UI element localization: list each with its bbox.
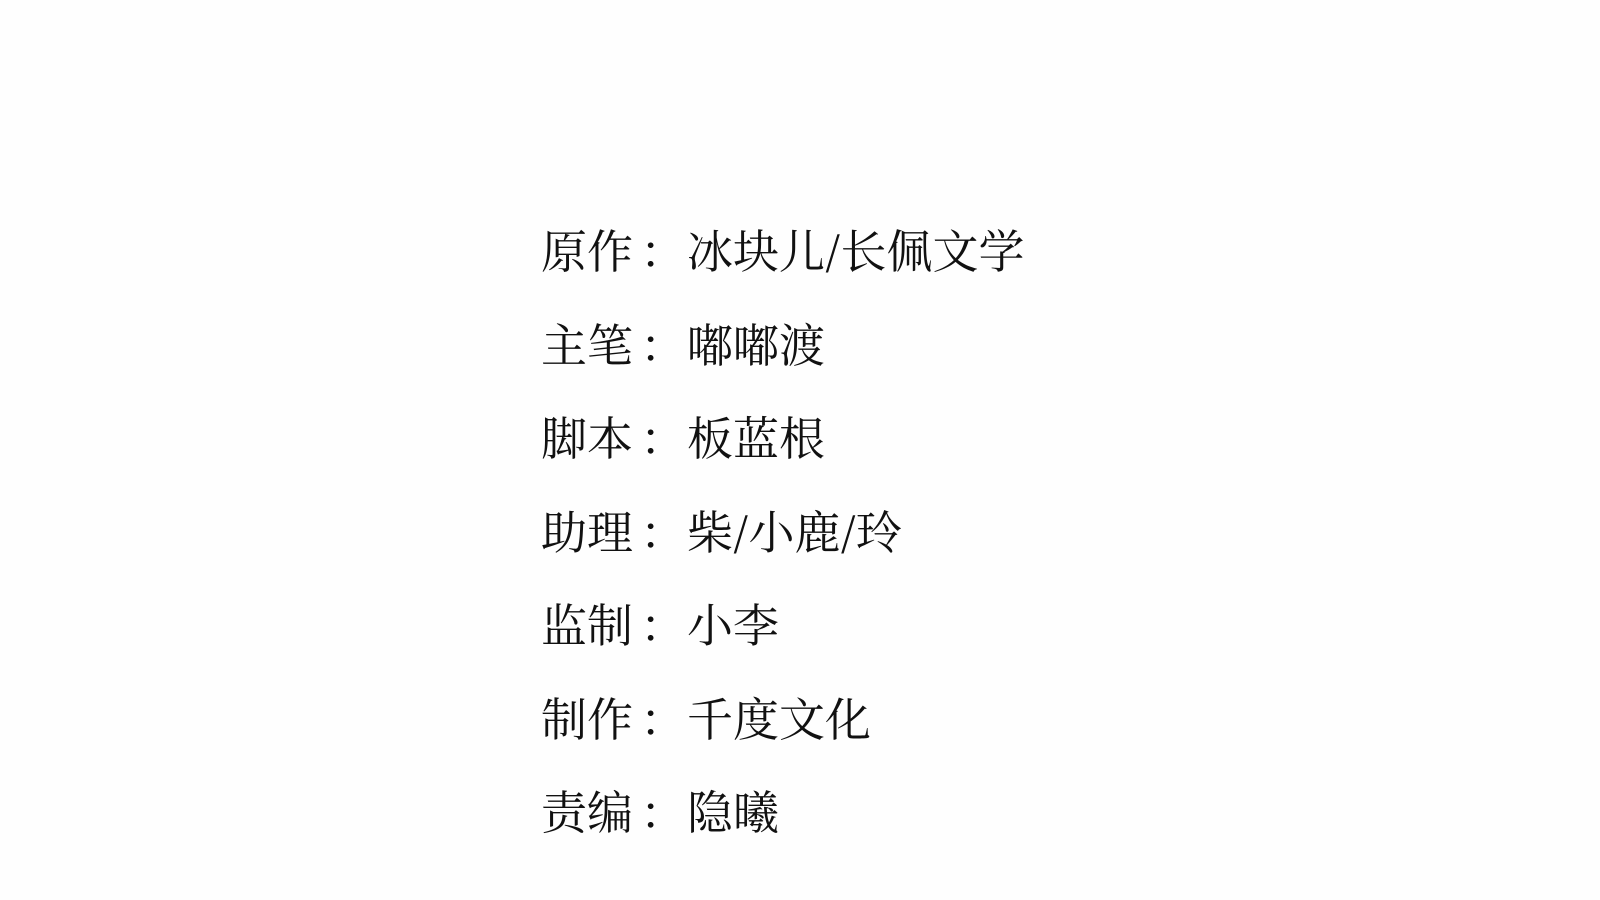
credit-role: 制作 [541, 684, 639, 750]
credit-role: 原作 [541, 216, 639, 282]
credit-value: 千度文化 [687, 684, 871, 750]
credit-value: 小李 [687, 590, 779, 656]
credit-value: 冰块儿/长佩文学 [687, 216, 1025, 282]
credits-list: 原作 ： 冰块儿/长佩文学 主笔 ： 嘟嘟渡 脚本 ： 板蓝根 助理 ： 柴/小… [541, 222, 1025, 877]
credit-role: 监制 [541, 590, 639, 656]
credit-separator: ： [639, 590, 687, 656]
credit-separator: ： [639, 403, 687, 469]
credit-value: 柴/小鹿/玲 [687, 497, 902, 563]
credit-role: 助理 [541, 497, 639, 563]
credit-row-script: 脚本 ： 板蓝根 [541, 409, 1025, 463]
credits-page: 原作 ： 冰块儿/长佩文学 主笔 ： 嘟嘟渡 脚本 ： 板蓝根 助理 ： 柴/小… [0, 0, 1600, 900]
credit-separator: ： [639, 497, 687, 563]
credit-value: 板蓝根 [687, 403, 825, 469]
credit-separator: ： [639, 216, 687, 282]
credit-row-supervisor: 监制 ： 小李 [541, 596, 1025, 650]
credit-value: 嘟嘟渡 [687, 310, 825, 376]
credit-row-original-work: 原作 ： 冰块儿/长佩文学 [541, 222, 1025, 276]
credit-row-lead-artist: 主笔 ： 嘟嘟渡 [541, 316, 1025, 370]
credit-role: 脚本 [541, 403, 639, 469]
credit-role: 责编 [541, 777, 639, 843]
credit-row-editor: 责编 ： 隐曦 [541, 783, 1025, 837]
credit-separator: ： [639, 684, 687, 750]
credit-row-production: 制作 ： 千度文化 [541, 690, 1025, 744]
credit-separator: ： [639, 777, 687, 843]
credit-role: 主笔 [541, 310, 639, 376]
credit-row-assistants: 助理 ： 柴/小鹿/玲 [541, 503, 1025, 557]
credit-value: 隐曦 [687, 777, 779, 843]
credit-separator: ： [639, 310, 687, 376]
